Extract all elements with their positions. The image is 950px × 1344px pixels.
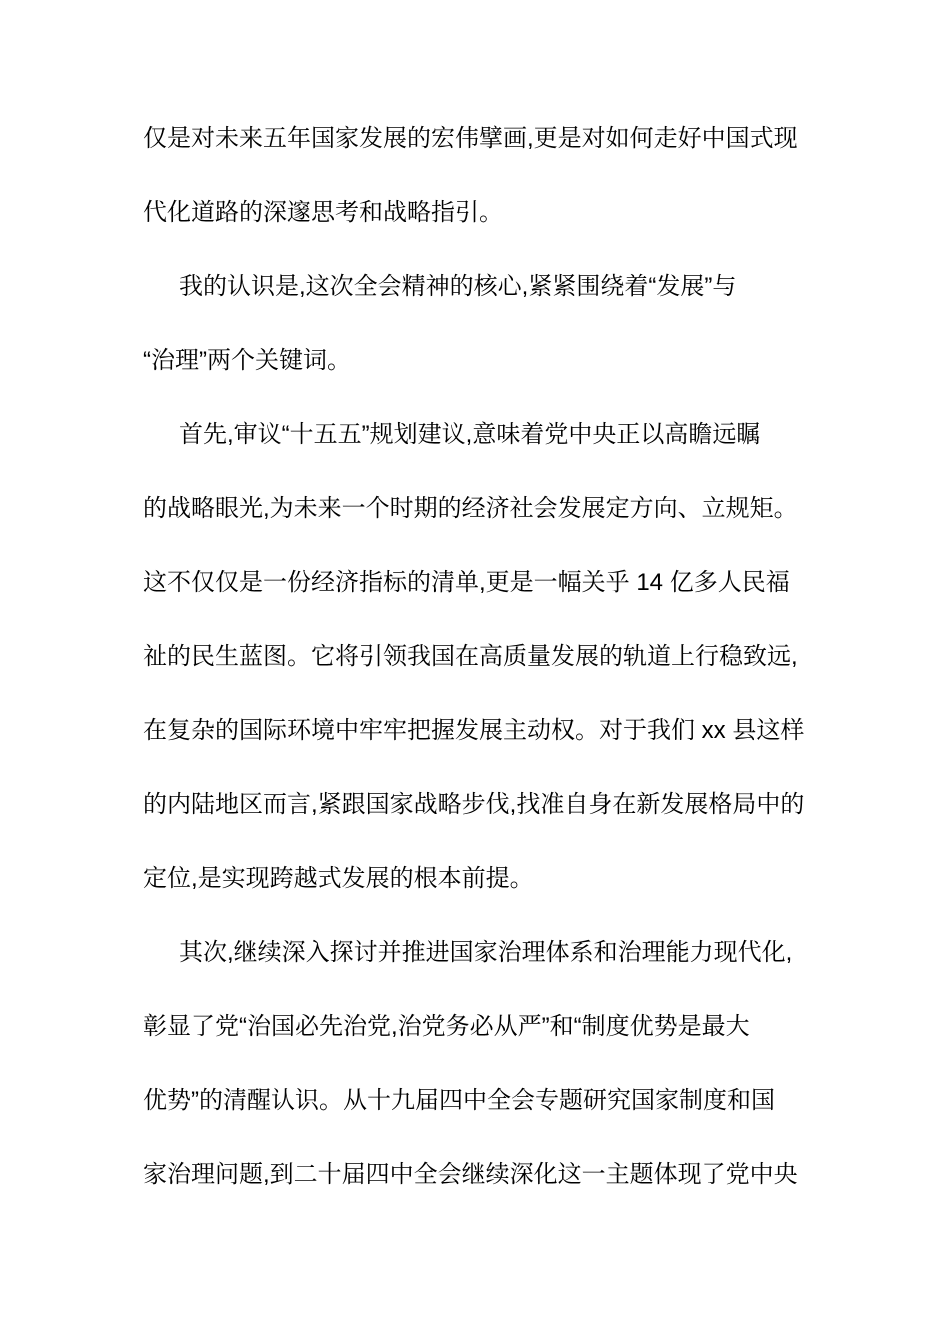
text-line: 祉的民生蓝图。它将引领我国在高质量发展的轨道上行稳致远,	[143, 620, 843, 694]
document-body: 仅是对未来五年国家发展的宏伟擘画,更是对如何走好中国式现 代化道路的深邃思考和战…	[143, 102, 843, 1212]
text-line: 彰显了党“治国必先治党,治党务必从严”和“制度优势是最大	[143, 990, 843, 1064]
text-line: 优势”的清醒认识。从十九届四中全会专题研究国家制度和国	[143, 1064, 843, 1138]
text-line: 我的认识是,这次全会精神的核心,紧紧围绕着“发展”与	[143, 250, 843, 324]
text-line: 这不仅仅是一份经济指标的清单,更是一幅关乎 14 亿多人民福	[143, 546, 843, 620]
text-line: 的战略眼光,为未来一个时期的经济社会发展定方向、立规矩。	[143, 472, 843, 546]
text-line: 其次,继续深入探讨并推进国家治理体系和治理能力现代化,	[143, 916, 843, 990]
text-line: 代化道路的深邃思考和战略指引。	[143, 176, 843, 250]
text-line: 在复杂的国际环境中牢牢把握发展主动权。对于我们 xx 县这样	[143, 694, 843, 768]
document-page: 仅是对未来五年国家发展的宏伟擘画,更是对如何走好中国式现 代化道路的深邃思考和战…	[0, 0, 950, 1344]
text-line: 仅是对未来五年国家发展的宏伟擘画,更是对如何走好中国式现	[143, 102, 843, 176]
text-line: 首先,审议“十五五”规划建议,意味着党中央正以高瞻远瞩	[143, 398, 843, 472]
text-line: 定位,是实现跨越式发展的根本前提。	[143, 842, 843, 916]
text-line: 家治理问题,到二十届四中全会继续深化这一主题体现了党中央	[143, 1138, 843, 1212]
text-line: “治理”两个关键词。	[143, 324, 843, 398]
text-line: 的内陆地区而言,紧跟国家战略步伐,找准自身在新发展格局中的	[143, 768, 843, 842]
